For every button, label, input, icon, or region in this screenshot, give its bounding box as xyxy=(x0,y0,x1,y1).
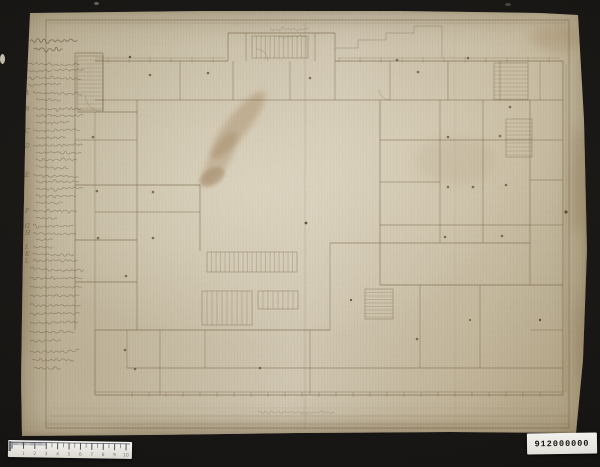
dust-speck xyxy=(94,2,99,5)
inventory-number: 912000000 xyxy=(534,438,589,449)
manuscript-sheet: ABCDEFGHIKL xyxy=(0,0,600,467)
svg-text:2: 2 xyxy=(33,451,36,457)
svg-text:9: 9 xyxy=(113,452,116,458)
inventory-label: 912000000 xyxy=(527,433,597,455)
svg-text:7: 7 xyxy=(90,452,93,458)
measuring-scale-ruler: 12345678910 xyxy=(8,440,132,459)
archival-scan-viewport: ABCDEFGHIKL 12345678910 912000000 xyxy=(0,0,600,467)
aged-edge-shading xyxy=(20,10,587,436)
svg-text:10: 10 xyxy=(123,452,129,458)
svg-text:3: 3 xyxy=(45,451,48,457)
svg-text:8: 8 xyxy=(102,452,105,458)
svg-text:4: 4 xyxy=(56,451,59,457)
svg-text:6: 6 xyxy=(79,452,82,458)
svg-text:5: 5 xyxy=(67,451,70,457)
svg-text:1: 1 xyxy=(22,451,25,457)
ruler-ticks: 12345678910 xyxy=(8,440,132,459)
dust-speck xyxy=(505,3,511,6)
dust-speck xyxy=(0,54,5,64)
